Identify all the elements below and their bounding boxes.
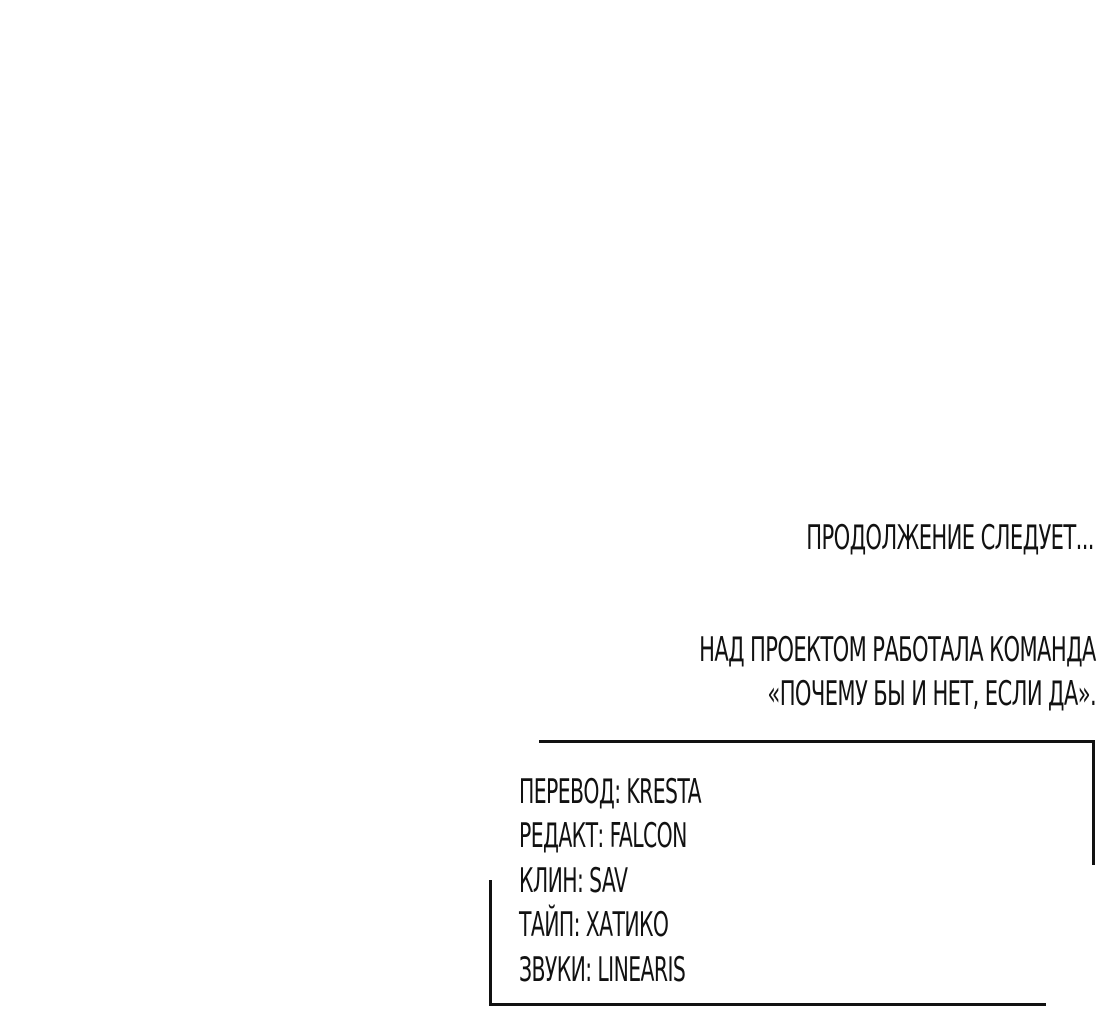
bracket-top-line bbox=[539, 740, 1095, 743]
team-credit-line-2: «ПОЧЕМУ БЫ И НЕТ, ЕСЛИ ДА». bbox=[767, 677, 1096, 711]
bracket-left-line bbox=[489, 880, 492, 1006]
bracket-bottom-line bbox=[489, 1003, 1046, 1006]
bracket-right-line bbox=[1092, 740, 1095, 865]
credit-sounds: ЗВУКИ: LINEARIS bbox=[519, 953, 685, 987]
credit-editor: РЕДАКТ: FALCON bbox=[519, 819, 687, 853]
credit-translation: ПЕРЕВОД: KRESTA bbox=[519, 775, 701, 809]
to-be-continued-text: ПРОДОЛЖЕНИЕ СЛЕДУЕТ... bbox=[806, 521, 1094, 555]
team-credit-line-1: НАД ПРОЕКТОМ РАБОТАЛА КОМАНДА bbox=[699, 633, 1096, 667]
credit-cleaner: КЛИН: SAV bbox=[519, 864, 627, 898]
credit-typesetter: ТАЙП: ХАТИКО bbox=[519, 908, 668, 942]
